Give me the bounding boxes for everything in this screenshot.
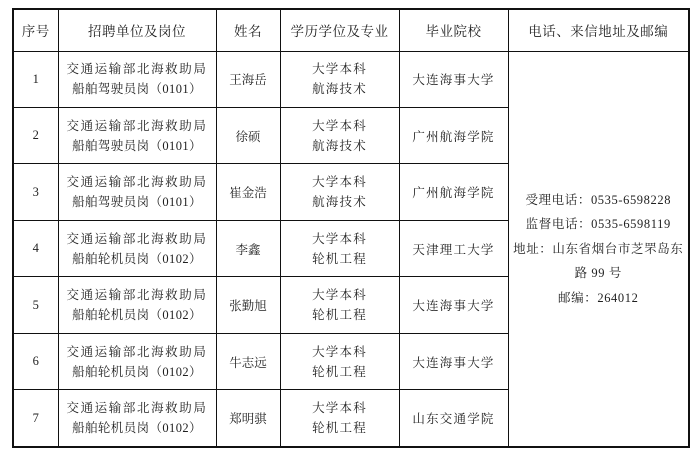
recruitment-table: 序号 招聘单位及岗位 姓名 学历学位及专业 毕业院校 电话、来信地址及邮编 1 … bbox=[12, 8, 690, 448]
degree-text: 大学本科 bbox=[284, 229, 396, 249]
unit-text: 交通运输部北海救助局 bbox=[62, 398, 213, 418]
degree-major-cell: 大学本科 轮机工程 bbox=[280, 220, 399, 276]
major-text: 轮机工程 bbox=[284, 305, 396, 325]
school-cell: 山东交通学院 bbox=[399, 390, 508, 447]
post-text: 船舶轮机员岗（0102） bbox=[62, 249, 213, 269]
post-text: 船舶驾驶员岗（0101） bbox=[62, 79, 213, 99]
serial-no: 7 bbox=[13, 390, 58, 447]
post-text: 船舶驾驶员岗（0101） bbox=[62, 192, 213, 212]
unit-text: 交通运输部北海救助局 bbox=[62, 172, 213, 192]
unit-text: 交通运输部北海救助局 bbox=[62, 116, 213, 136]
name-cell: 郑明骐 bbox=[216, 390, 280, 447]
degree-text: 大学本科 bbox=[284, 342, 396, 362]
unit-position-cell: 交通运输部北海救助局 船舶驾驶员岗（0101） bbox=[58, 164, 216, 220]
major-text: 航海技术 bbox=[284, 79, 396, 99]
degree-major-cell: 大学本科 航海技术 bbox=[280, 164, 399, 220]
major-text: 轮机工程 bbox=[284, 249, 396, 269]
header-row: 序号 招聘单位及岗位 姓名 学历学位及专业 毕业院校 电话、来信地址及邮编 bbox=[13, 9, 689, 51]
degree-text: 大学本科 bbox=[284, 116, 396, 136]
degree-major-cell: 大学本科 轮机工程 bbox=[280, 390, 399, 447]
degree-major-cell: 大学本科 轮机工程 bbox=[280, 277, 399, 333]
table-row: 1 交通运输部北海救助局 船舶驾驶员岗（0101） 王海岳 大学本科 航海技术 … bbox=[13, 51, 689, 107]
unit-position-cell: 交通运输部北海救助局 船舶轮机员岗（0102） bbox=[58, 277, 216, 333]
school-cell: 大连海事大学 bbox=[399, 277, 508, 333]
school-cell: 大连海事大学 bbox=[399, 333, 508, 389]
unit-text: 交通运输部北海救助局 bbox=[62, 229, 213, 249]
name-cell: 张勤旭 bbox=[216, 277, 280, 333]
degree-text: 大学本科 bbox=[284, 285, 396, 305]
serial-no: 2 bbox=[13, 107, 58, 163]
major-text: 轮机工程 bbox=[284, 418, 396, 438]
unit-position-cell: 交通运输部北海救助局 船舶驾驶员岗（0101） bbox=[58, 51, 216, 107]
header-unit-position: 招聘单位及岗位 bbox=[58, 9, 216, 51]
degree-major-cell: 大学本科 航海技术 bbox=[280, 107, 399, 163]
unit-text: 交通运输部北海救助局 bbox=[62, 59, 213, 79]
contact-line: 地址：山东省烟台市芝罘岛东 bbox=[512, 237, 686, 262]
serial-no: 3 bbox=[13, 164, 58, 220]
header-serial-no: 序号 bbox=[13, 9, 58, 51]
school-cell: 天津理工大学 bbox=[399, 220, 508, 276]
header-name: 姓名 bbox=[216, 9, 280, 51]
unit-position-cell: 交通运输部北海救助局 船舶轮机员岗（0102） bbox=[58, 333, 216, 389]
school-cell: 大连海事大学 bbox=[399, 51, 508, 107]
major-text: 轮机工程 bbox=[284, 362, 396, 382]
name-cell: 崔金浩 bbox=[216, 164, 280, 220]
serial-no: 1 bbox=[13, 51, 58, 107]
header-degree-major: 学历学位及专业 bbox=[280, 9, 399, 51]
post-text: 船舶驾驶员岗（0101） bbox=[62, 136, 213, 156]
serial-no: 4 bbox=[13, 220, 58, 276]
degree-text: 大学本科 bbox=[284, 172, 396, 192]
name-cell: 王海岳 bbox=[216, 51, 280, 107]
unit-position-cell: 交通运输部北海救助局 船舶驾驶员岗（0101） bbox=[58, 107, 216, 163]
contact-line: 路 99 号 bbox=[512, 261, 686, 286]
recruitment-table-container: 序号 招聘单位及岗位 姓名 学历学位及专业 毕业院校 电话、来信地址及邮编 1 … bbox=[12, 8, 690, 448]
degree-major-cell: 大学本科 轮机工程 bbox=[280, 333, 399, 389]
degree-major-cell: 大学本科 航海技术 bbox=[280, 51, 399, 107]
contact-line: 邮编：264012 bbox=[512, 286, 686, 311]
post-text: 船舶轮机员岗（0102） bbox=[62, 305, 213, 325]
serial-no: 5 bbox=[13, 277, 58, 333]
name-cell: 李鑫 bbox=[216, 220, 280, 276]
post-text: 船舶轮机员岗（0102） bbox=[62, 418, 213, 438]
name-cell: 徐硕 bbox=[216, 107, 280, 163]
degree-text: 大学本科 bbox=[284, 59, 396, 79]
school-cell: 广州航海学院 bbox=[399, 164, 508, 220]
contact-cell: 受理电话：0535-6598228 监督电话：0535-6598119 地址：山… bbox=[508, 51, 689, 447]
unit-text: 交通运输部北海救助局 bbox=[62, 285, 213, 305]
post-text: 船舶轮机员岗（0102） bbox=[62, 362, 213, 382]
unit-position-cell: 交通运输部北海救助局 船舶轮机员岗（0102） bbox=[58, 390, 216, 447]
serial-no: 6 bbox=[13, 333, 58, 389]
major-text: 航海技术 bbox=[284, 192, 396, 212]
degree-text: 大学本科 bbox=[284, 398, 396, 418]
unit-text: 交通运输部北海救助局 bbox=[62, 342, 213, 362]
contact-line: 监督电话：0535-6598119 bbox=[512, 212, 686, 237]
header-contact: 电话、来信地址及邮编 bbox=[508, 9, 689, 51]
name-cell: 牛志远 bbox=[216, 333, 280, 389]
unit-position-cell: 交通运输部北海救助局 船舶轮机员岗（0102） bbox=[58, 220, 216, 276]
school-cell: 广州航海学院 bbox=[399, 107, 508, 163]
contact-line: 受理电话：0535-6598228 bbox=[512, 188, 686, 213]
header-school: 毕业院校 bbox=[399, 9, 508, 51]
major-text: 航海技术 bbox=[284, 136, 396, 156]
